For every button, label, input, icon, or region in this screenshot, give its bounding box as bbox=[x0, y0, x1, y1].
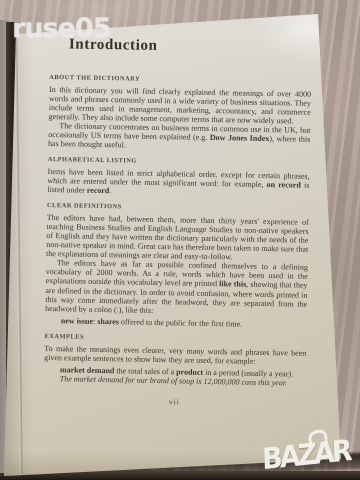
paragraph: The dictionary concentrates on business … bbox=[48, 121, 310, 153]
bold-term: shares bbox=[97, 317, 119, 326]
bold-term: product bbox=[176, 367, 203, 376]
bold-term: Dow Jones Index bbox=[210, 133, 270, 143]
paragraph: The editors have as far as possible conf… bbox=[45, 258, 308, 317]
seller-watermark: ruse05 bbox=[12, 13, 111, 44]
text-run: The editors have had, between them, more… bbox=[46, 213, 309, 262]
text-run: To make the meanings even clearer, very … bbox=[44, 343, 306, 365]
page-text-block: Introduction ABOUT THE DICTIONARYIn this… bbox=[43, 40, 312, 409]
bold-term: new issue bbox=[61, 316, 93, 326]
page-number: vii bbox=[43, 395, 305, 409]
bold-term: on record bbox=[267, 180, 301, 190]
bold-term: like this bbox=[219, 280, 246, 289]
section: ALPHABETICAL LISTINGItems have been list… bbox=[47, 155, 310, 199]
paragraph: To make the meanings even clearer, very … bbox=[44, 343, 306, 366]
page-body: ABOUT THE DICTIONARYIn this dictionary y… bbox=[44, 73, 312, 388]
book-page: Introduction ABOUT THE DICTIONARYIn this… bbox=[0, 0, 360, 480]
section: ABOUT THE DICTIONARYIn this dictionary y… bbox=[48, 73, 311, 153]
section: CLEAR DEFINITIONSThe editors have had, b… bbox=[45, 201, 309, 329]
text-run: In this dictionary you will find clearly… bbox=[49, 85, 312, 126]
paragraph: In this dictionary you will find clearly… bbox=[49, 85, 312, 126]
bold-term: record bbox=[87, 186, 110, 195]
book-photo-scene: Introduction ABOUT THE DICTIONARYIn this… bbox=[0, 0, 360, 480]
paragraph: The editors have had, between them, more… bbox=[46, 213, 309, 263]
page-gutter-crease bbox=[14, 30, 22, 474]
example-entry: market demand the total sales of a produ… bbox=[60, 365, 303, 388]
text-run: offered to the public for the first time… bbox=[119, 317, 242, 328]
section: EXAMPLESTo make the meanings even cleare… bbox=[44, 332, 307, 388]
text-run: . bbox=[109, 186, 111, 195]
paragraph: Items have been listed in strict alphabe… bbox=[47, 167, 309, 199]
example-entry: new issue: shares offered to the public … bbox=[61, 316, 304, 330]
